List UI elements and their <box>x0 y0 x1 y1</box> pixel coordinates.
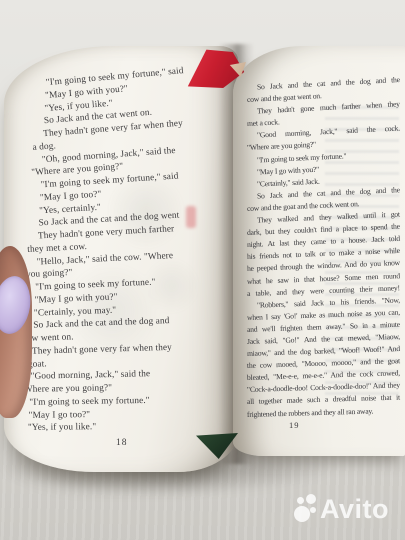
right-page-text: So Jack and the cat and the dog and thec… <box>247 82 400 421</box>
left-page-text: "I'm going to seek my fortune," said"May… <box>26 78 231 435</box>
avito-watermark-text: Avito <box>320 494 389 524</box>
right-page-number: 19 <box>289 420 300 430</box>
text-line: "Yes, if you like." <box>18 420 223 435</box>
left-page-number: 18 <box>116 438 128 448</box>
left-page: "I'm going to seek my fortune," said"May… <box>4 46 238 472</box>
avito-watermark: Avito <box>294 494 389 524</box>
avito-logo-icon <box>294 494 316 524</box>
right-page: So Jack and the cat and the dog and thec… <box>233 46 405 456</box>
